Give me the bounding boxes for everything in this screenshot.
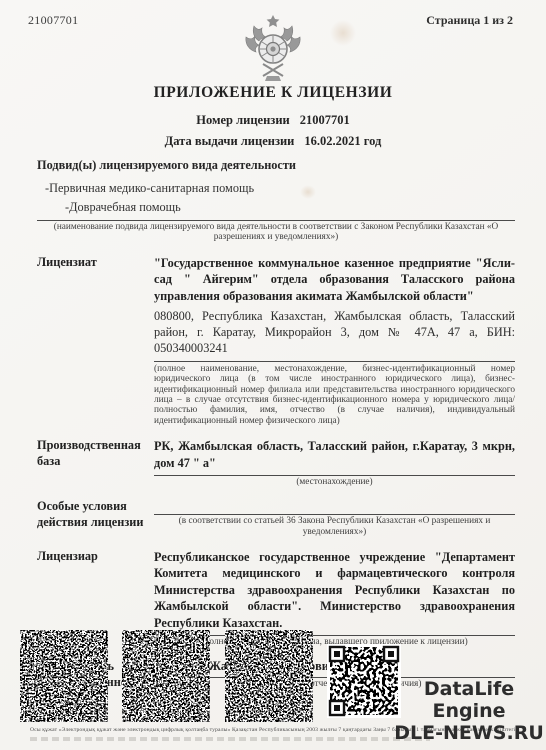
license-number-label: Номер лицензии xyxy=(196,113,289,128)
subtypes-heading: Подвид(ы) лицензируемого вида деятельнос… xyxy=(37,158,515,173)
production-base-section: Производственная база РК, Жамбылская обл… xyxy=(37,438,515,487)
data-matrix-barcode-1 xyxy=(20,630,108,722)
licensee-name: "Государственное коммунальное казенное п… xyxy=(154,255,515,304)
watermark-line1: DataLife Engine xyxy=(393,679,545,723)
special-conditions-label: Особые условия действия лицензии xyxy=(37,499,154,537)
licensor-name: Республиканское государственное учрежден… xyxy=(154,549,515,631)
site-watermark: DataLife Engine DLE-NEWS.RU xyxy=(393,679,545,745)
document-title: ПРИЛОЖЕНИЕ К ЛИЦЕНЗИИ xyxy=(0,84,546,102)
licensee-label: Лицензиат xyxy=(37,255,154,426)
license-subtype-item: -Доврачебная помощь xyxy=(65,200,515,215)
licensee-section: Лицензиат "Государственное коммунальное … xyxy=(37,255,515,426)
issue-date-label: Дата выдачи лицензии xyxy=(165,134,295,149)
subtypes-footnote: (наименование подвида лицензируемого вид… xyxy=(37,220,515,243)
document-body: Подвид(ы) лицензируемого вида деятельнос… xyxy=(37,153,515,707)
issue-date-value: 16.02.2021 год xyxy=(304,134,381,149)
license-subtype-item: -Первичная медико-санитарная помощь xyxy=(45,181,515,196)
qr-code xyxy=(327,644,401,718)
license-number-value: 21007701 xyxy=(300,113,350,128)
production-base-value: РК, Жамбылская область, Таласский район,… xyxy=(154,438,515,471)
license-appendix-page: 21007701 Страница 1 из 2 ПРИЛОЖЕНИЕ К ЛИ… xyxy=(0,0,546,750)
data-matrix-barcode-2 xyxy=(122,630,210,722)
special-conditions-section: Особые условия действия лицензии (в соот… xyxy=(37,499,515,537)
kazakhstan-coat-of-arms-icon xyxy=(243,14,303,84)
special-conditions-footnote: (в соответствии со статьей 36 Закона Рес… xyxy=(154,514,515,537)
document-number-header: 21007701 xyxy=(28,13,78,28)
scan-stain xyxy=(330,20,356,46)
data-matrix-barcode-3 xyxy=(225,630,313,722)
legal-text-line2-illegible xyxy=(30,737,430,741)
production-base-label: Производственная база xyxy=(37,438,154,487)
production-base-footnote: (местонахождение) xyxy=(154,475,515,487)
page-indicator: Страница 1 из 2 xyxy=(426,13,513,28)
licensee-address: 080800, Республика Казахстан, Жамбылская… xyxy=(154,309,515,357)
licensee-footnote: (полное наименование, местонахождение, б… xyxy=(154,361,515,426)
watermark-line2: DLE-NEWS.RU xyxy=(393,723,545,745)
